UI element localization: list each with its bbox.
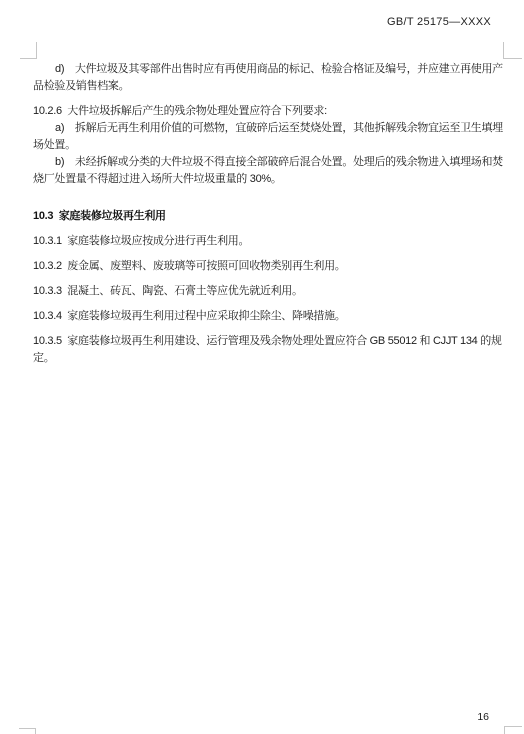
body-line-item-b: b) 未经拆解或分类的大件垃圾不得直接全部破碎后混合处置。处理后的残余物进入填埋… bbox=[33, 154, 498, 171]
clause-10-3-4: 10.3.4 家庭装修垃圾再生利用过程中应采取抑尘除尘、降噪措施。 bbox=[33, 308, 498, 325]
body-line-item-a: a) 拆解后无再生利用价值的可燃物，宜破碎后运至焚烧处置，其他拆解残余物宜运至卫… bbox=[33, 120, 498, 137]
text-boundary-mark-bottom-left bbox=[19, 728, 36, 734]
text-boundary-mark-top-right bbox=[503, 42, 522, 59]
section-heading-10-3: 10.3 家庭装修垃圾再生利用 bbox=[33, 208, 498, 225]
text-boundary-mark-top-left bbox=[20, 42, 37, 59]
document-body: d) 大件垃圾及其零部件出售时应有再使用商品的标记、检验合格证及编号，并应建立再… bbox=[33, 58, 498, 367]
clause-10-2-6: 10.2.6 大件垃圾拆解后产生的残余物处理处置应符合下列要求: bbox=[33, 103, 498, 120]
text-boundary-mark-bottom-right bbox=[504, 726, 522, 734]
clause-10-3-5-cont: 定。 bbox=[33, 350, 498, 367]
body-line-item-d-cont: 品检验及销售档案。 bbox=[33, 78, 498, 95]
body-line-item-a-cont: 场处置。 bbox=[33, 137, 498, 154]
body-line-item-b-cont: 烧厂处置量不得超过进入场所大件垃圾重量的 30%。 bbox=[33, 171, 498, 188]
body-line-item-d: d) 大件垃圾及其零部件出售时应有再使用商品的标记、检验合格证及编号，并应建立再… bbox=[33, 61, 498, 78]
document-page: GB/T 25175—XXXX d) 大件垃圾及其零部件出售时应有再使用商品的标… bbox=[0, 0, 524, 734]
clause-10-3-3: 10.3.3 混凝土、砖瓦、陶瓷、石膏土等应优先就近利用。 bbox=[33, 283, 498, 300]
page-number: 16 bbox=[477, 711, 489, 723]
clause-10-3-5: 10.3.5 家庭装修垃圾再生利用建设、运行管理及残余物处理处置应符合 GB 5… bbox=[33, 333, 498, 350]
clause-10-3-1: 10.3.1 家庭装修垃圾应按成分进行再生利用。 bbox=[33, 233, 498, 250]
clause-10-3-2: 10.3.2 废金属、废塑料、废玻璃等可按照可回收物类别再生利用。 bbox=[33, 258, 498, 275]
standard-code-header: GB/T 25175—XXXX bbox=[387, 16, 491, 28]
